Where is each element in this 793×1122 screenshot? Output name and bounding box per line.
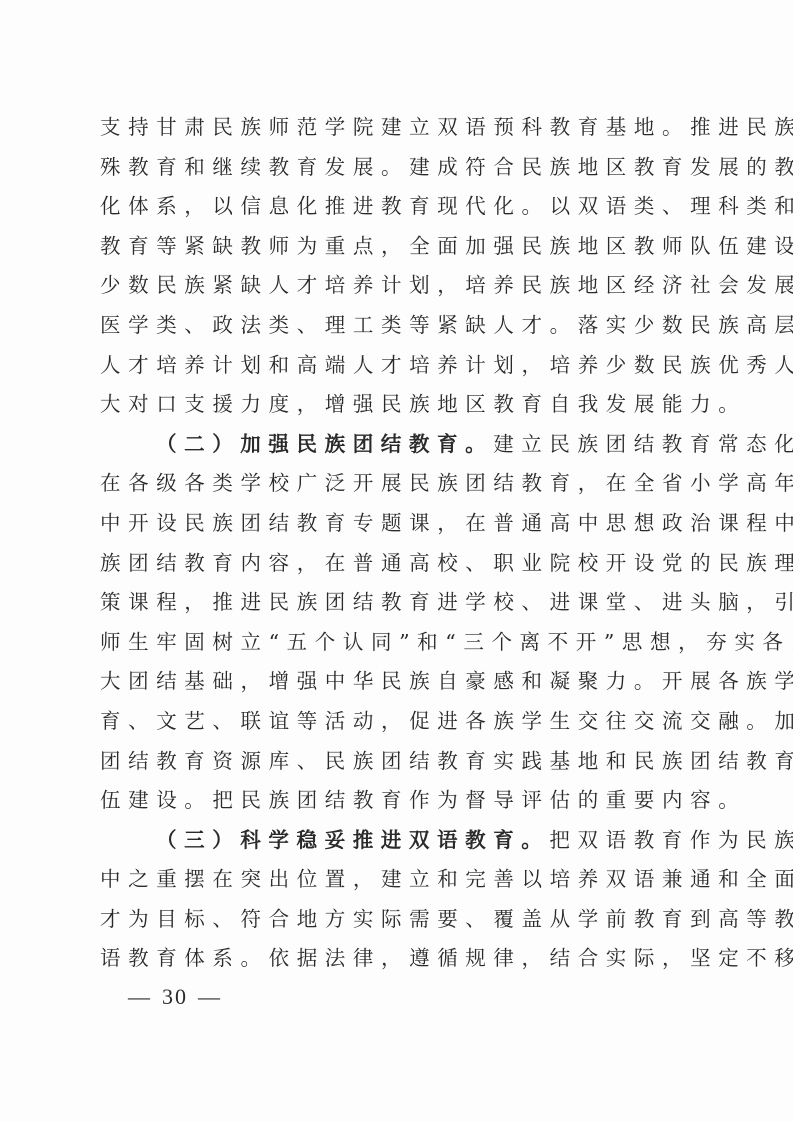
page-number-value: 30 [162,984,188,1009]
text-line: 少数民族紧缺人才培养计划，培养民族地区经济社会发展急需的 [100,266,696,306]
section-heading-2: （二）加强民族团结教育。 [156,432,493,456]
body-text: 支持甘肃民族师范学院建立双语预科教育基地。推进民族地区特 殊教育和继续教育发展。… [100,108,696,979]
document-page: 支持甘肃民族师范学院建立双语预科教育基地。推进民族地区特 殊教育和继续教育发展。… [0,0,793,1122]
text-line: 策课程，推进民族团结教育进学校、进课堂、进头脑，引导各族 [100,583,696,623]
text-line: 才为目标、符合地方实际需要、覆盖从学前教育到高等教育的双 [100,900,696,940]
paragraph-2: （二）加强民族团结教育。建立民族团结教育常态化机制， 在各级各类学校广泛开展民族… [100,425,696,821]
text-line: 中之重摆在突出位置，建立和完善以培养双语兼通和全面发展人 [100,860,696,900]
text-line: 教育等紧缺教师为重点，全面加强民族地区教师队伍建设。实施 [100,227,696,267]
text-line: （二）加强民族团结教育。建立民族团结教育常态化机制， [100,425,696,465]
text-line: 在各级各类学校广泛开展民族团结教育，在全省小学高年级、初 [100,464,696,504]
text-line: 语教育体系。依据法律，遵循规律，结合实际，坚定不移推行国 [100,939,696,979]
text-line: 师生牢固树立“五个认同”和“三个离不开”思想，夯实各民族 [100,623,696,663]
paragraph-3: （三）科学稳妥推进双语教育。把双语教育作为民族教育重 中之重摆在突出位置，建立和… [100,821,696,979]
dash-left: — [128,984,152,1010]
page-number: —30— [118,984,232,1010]
text-line: 殊教育和继续教育发展。建成符合民族地区教育发展的教育信息 [100,148,696,188]
section-heading-3: （三）科学稳妥推进双语教育。 [156,828,549,852]
text-span: 建立民族团结教育常态化机制， [493,432,793,456]
text-line: 族团结教育内容，在普通高校、职业院校开设党的民族理论与政 [100,544,696,584]
text-line: 伍建设。把民族团结教育作为督导评估的重要内容。 [100,781,696,821]
text-line: 团结教育资源库、民族团结教育实践基地和民族团结教育教师队 [100,742,696,782]
text-line: 育、文艺、联谊等活动，促进各族学生交往交流交融。加强民族 [100,702,696,742]
text-span: 把双语教育作为民族教育重 [549,828,793,852]
text-line: 化体系，以信息化推进教育现代化。以双语类、理科类和信息化 [100,187,696,227]
text-line: 支持甘肃民族师范学院建立双语预科教育基地。推进民族地区特 [100,108,696,148]
text-line: （三）科学稳妥推进双语教育。把双语教育作为民族教育重 [100,821,696,861]
paragraph-1: 支持甘肃民族师范学院建立双语预科教育基地。推进民族地区特 殊教育和继续教育发展。… [100,108,696,425]
text-line: 医学类、政法类、理工类等紧缺人才。落实少数民族高层次骨干 [100,306,696,346]
text-line: 大团结基础，增强中华民族自豪感和凝聚力。开展各族学生体 [100,662,696,702]
text-line: 人才培养计划和高端人才培养计划，培养少数民族优秀人才。加 [100,346,696,386]
text-line: 大对口支援力度，增强民族地区教育自我发展能力。 [100,385,696,425]
text-line: 中开设民族团结教育专题课，在普通高中思想政治课程中强化民 [100,504,696,544]
dash-right: — [198,984,222,1010]
